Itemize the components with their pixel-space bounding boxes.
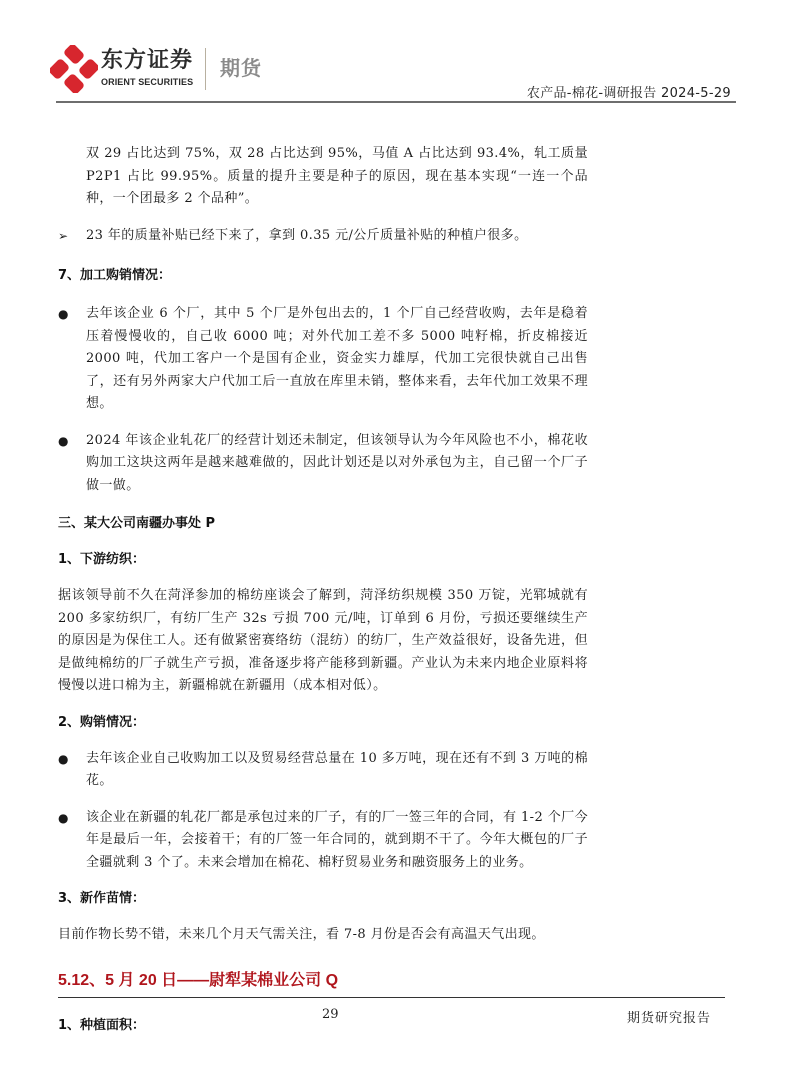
footer-label: 期货研究报告 [627, 1007, 711, 1026]
page-header: 东方证券 ORIENT SECURITIES 期货 农产品-棉花-调研报告 20… [0, 0, 793, 110]
list-item: ● 去年该企业 6 个厂，其中 5 个厂是外包出去的，1 个厂自己经营收购，去年… [58, 303, 588, 416]
subheading-downstream: 1、下游纺织： [58, 549, 588, 571]
report-tag: 农产品-棉花-调研报告 2024-5-29 [527, 82, 731, 101]
list-item-text: 去年该企业 6 个厂，其中 5 个厂是外包出去的，1 个厂自己经营收购，去年是稳… [86, 303, 588, 416]
bullet-icon: ● [58, 430, 68, 453]
section-heading-5-12: 5.12、5 月 20 日——尉犁某棉业公司 Q [58, 969, 588, 993]
brand-name-cn: 东方证券 [101, 48, 193, 74]
list-item: ● 该企业在新疆的轧花厂都是承包过来的厂子，有的厂一签三年的合同，有 1-2 个… [58, 807, 588, 875]
list-item: ● 去年该企业自己收购加工以及贸易经营总量在 10 多万吨，现在还有不到 3 万… [58, 748, 588, 793]
orient-securities-logo-icon [50, 45, 98, 93]
list-item: ● 2024 年该企业轧花厂的经营计划还未制定，但该领导认为今年风险也不小，棉花… [58, 430, 588, 498]
brand-name-en: ORIENT SECURITIES [101, 77, 193, 88]
bullet-icon: ● [58, 748, 68, 771]
arrow-list-item: ➢ 23 年的质量补贴已经下来了，拿到 0.35 元/公斤质量补贴的种植户很多。 [58, 225, 588, 248]
section-heading-three: 三、某大公司南疆办事处 P [58, 513, 588, 535]
list-item-text: 去年该企业自己收购加工以及贸易经营总量在 10 多万吨，现在还有不到 3 万吨的… [86, 748, 588, 793]
list-item-text: 2024 年该企业轧花厂的经营计划还未制定，但该领导认为今年风险也不小，棉花收购… [86, 430, 588, 498]
footer-rule [58, 997, 725, 998]
bullet-icon: ● [58, 303, 68, 326]
header-rule [56, 101, 736, 103]
list-item-text: 该企业在新疆的轧花厂都是承包过来的厂子，有的厂一签三年的合同，有 1-2 个厂今… [86, 807, 588, 875]
division-label: 期货 [220, 52, 262, 81]
downstream-paragraph: 据该领导前不久在菏泽参加的棉纺座谈会了解到，菏泽纺织规模 350 万锭，光郓城就… [58, 585, 588, 698]
arrow-bullet-icon: ➢ [58, 225, 68, 248]
header-divider [205, 48, 206, 90]
report-body: 双 29 占比达到 75%，双 28 占比达到 95%，马值 A 占比达到 93… [58, 143, 588, 1037]
subheading-crop: 3、新作苗情： [58, 888, 588, 910]
crop-paragraph: 目前作物长势不错，未来几个月天气需关注，看 7-8 月份是否会有高温天气出现。 [58, 924, 588, 947]
section-heading-7: 7、加工购销情况： [58, 265, 588, 287]
bullet-icon: ● [58, 807, 68, 830]
quality-paragraph: 双 29 占比达到 75%，双 28 占比达到 95%，马值 A 占比达到 93… [58, 143, 588, 211]
subheading-trade: 2、购销情况： [58, 712, 588, 734]
subsidy-text: 23 年的质量补贴已经下来了，拿到 0.35 元/公斤质量补贴的种植户很多。 [86, 225, 588, 248]
page-number: 29 [322, 1007, 339, 1022]
